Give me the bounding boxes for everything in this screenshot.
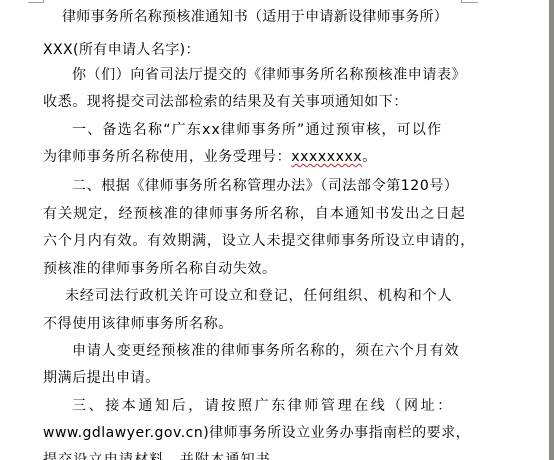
margin-corner-mark-left — [28, 0, 44, 3]
paragraph-line-with-number: 为律师事务所名称使用，业务受理号：xxxxxxxx。 — [43, 149, 377, 165]
business-number[interactable]: xxxxxxxx — [291, 149, 362, 165]
paragraph-line: 提交设立申请材料，并附本通知书。 — [43, 452, 286, 460]
paragraph-line: 你（们）向省司法厅提交的《律师事务所名称预核准申请表》 — [72, 67, 466, 83]
paragraph-line: 预核准的律师事务所名称自动失效。 — [43, 261, 277, 277]
paragraph-line: 期满后提出申请。 — [43, 370, 160, 386]
paragraph-line: 未经司法行政机关许可设立和登记，任何组织、机构和个人 — [65, 288, 452, 304]
text-segment: 为律师事务所名称使用，业务受理号： — [43, 149, 291, 165]
paragraph-line: 三、接本通知后，请按照广东律师管理在线（网址： — [72, 398, 454, 414]
salutation: XXX(所有申请人名字)： — [43, 42, 200, 58]
page-edge-scroll-area — [549, 0, 554, 460]
paragraph-line: 六个月内有效。有效期满，设立人未提交律师事务所设立申请的， — [43, 233, 475, 249]
paragraph-line: 二、根据《律师事务所名称管理办法》（司法部令第120号） — [72, 178, 459, 194]
paragraph-line: 有关规定，经预核准的律师事务所名称，自本通知书发出之日起 — [43, 206, 466, 222]
paragraph-line: 一、备选名称“广东xx律师事务所”通过预审核，可以作 — [72, 122, 442, 138]
margin-corner-mark-right — [461, 0, 478, 3]
paragraph-line-url: www.gdlawyer.gov.cn)律师事务所设立业务办事指南栏的要求， — [43, 425, 470, 441]
document-page[interactable]: 律师事务所名称预核准通知书（适用于申请新设律师事务所） XXX(所有申请人名字)… — [0, 0, 549, 460]
text-segment: 。 — [362, 149, 377, 165]
paragraph-line: 收悉。现将提交司法部检索的结果及有关事项通知如下： — [43, 94, 408, 110]
paragraph-line: 申请人变更经预核准的律师事务所名称的，须在六个月有效 — [72, 343, 459, 359]
paragraph-line: 不得使用该律师事务所名称。 — [43, 316, 233, 332]
document-title: 律师事务所名称预核准通知书（适用于申请新设律师事务所） — [62, 9, 448, 25]
